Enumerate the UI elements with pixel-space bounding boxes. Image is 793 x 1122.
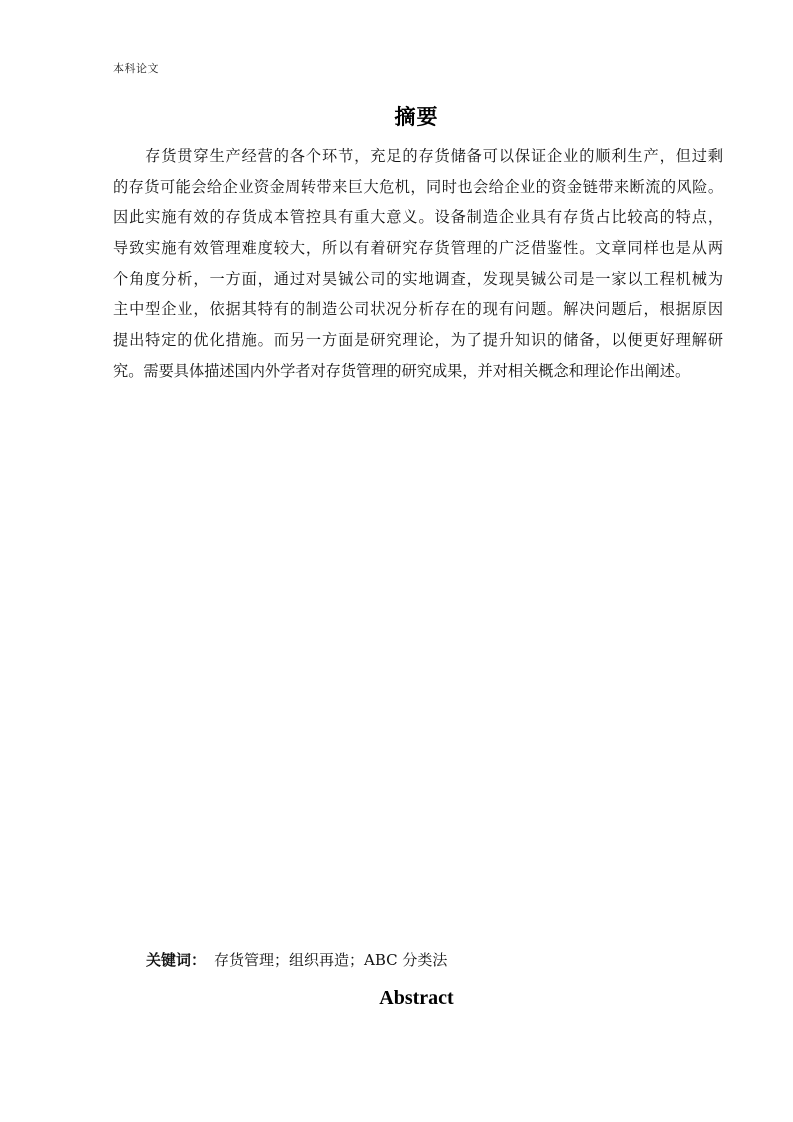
abstract-line: 主中型企业，依据其特有的制造公司状况分析存在的现有问题。解决问题后，根据原因 (113, 294, 723, 325)
abstract-title-cn: 摘要 (0, 101, 793, 131)
abstract-line: 的存货可能会给企业资金周转带来巨大危机，同时也会给企业的资金链带来断流的风险。 (113, 172, 723, 203)
abstract-line: 导致实施有效管理难度较大，所以有着研究存货管理的广泛借鉴性。文章同样也是从两 (113, 233, 723, 264)
abstract-title-en: Abstract (0, 987, 793, 1010)
abstract-line: 究。需要具体描述国内外学者对存货管理的研究成果，并对相关概念和理论作出阐述。 (113, 356, 723, 387)
keywords: 关键词：存货管理；组织再造；ABC 分类法 (146, 949, 447, 970)
document-page: 本科论文 摘要 存货贯穿生产经营的各个环节，充足的存货储备可以保证企业的顺利生产… (0, 0, 793, 1122)
abstract-line: 个角度分析，一方面，通过对昊铖公司的实地调查，发现昊铖公司是一家以工程机械为 (113, 264, 723, 295)
abstract-body-cn: 存货贯穿生产经营的各个环节，充足的存货储备可以保证企业的顺利生产，但过剩 的存货… (113, 141, 723, 387)
keywords-value: 存货管理；组织再造；ABC 分类法 (214, 951, 447, 969)
abstract-line: 提出特定的优化措施。而另一方面是研究理论，为了提升知识的储备，以便更好理解研 (113, 325, 723, 356)
running-header: 本科论文 (113, 60, 159, 76)
abstract-line: 因此实施有效的存货成本管控具有重大意义。设备制造企业具有存货占比较高的特点， (113, 202, 723, 233)
keywords-label: 关键词： (146, 951, 206, 969)
abstract-line: 存货贯穿生产经营的各个环节，充足的存货储备可以保证企业的顺利生产，但过剩 (113, 141, 723, 172)
